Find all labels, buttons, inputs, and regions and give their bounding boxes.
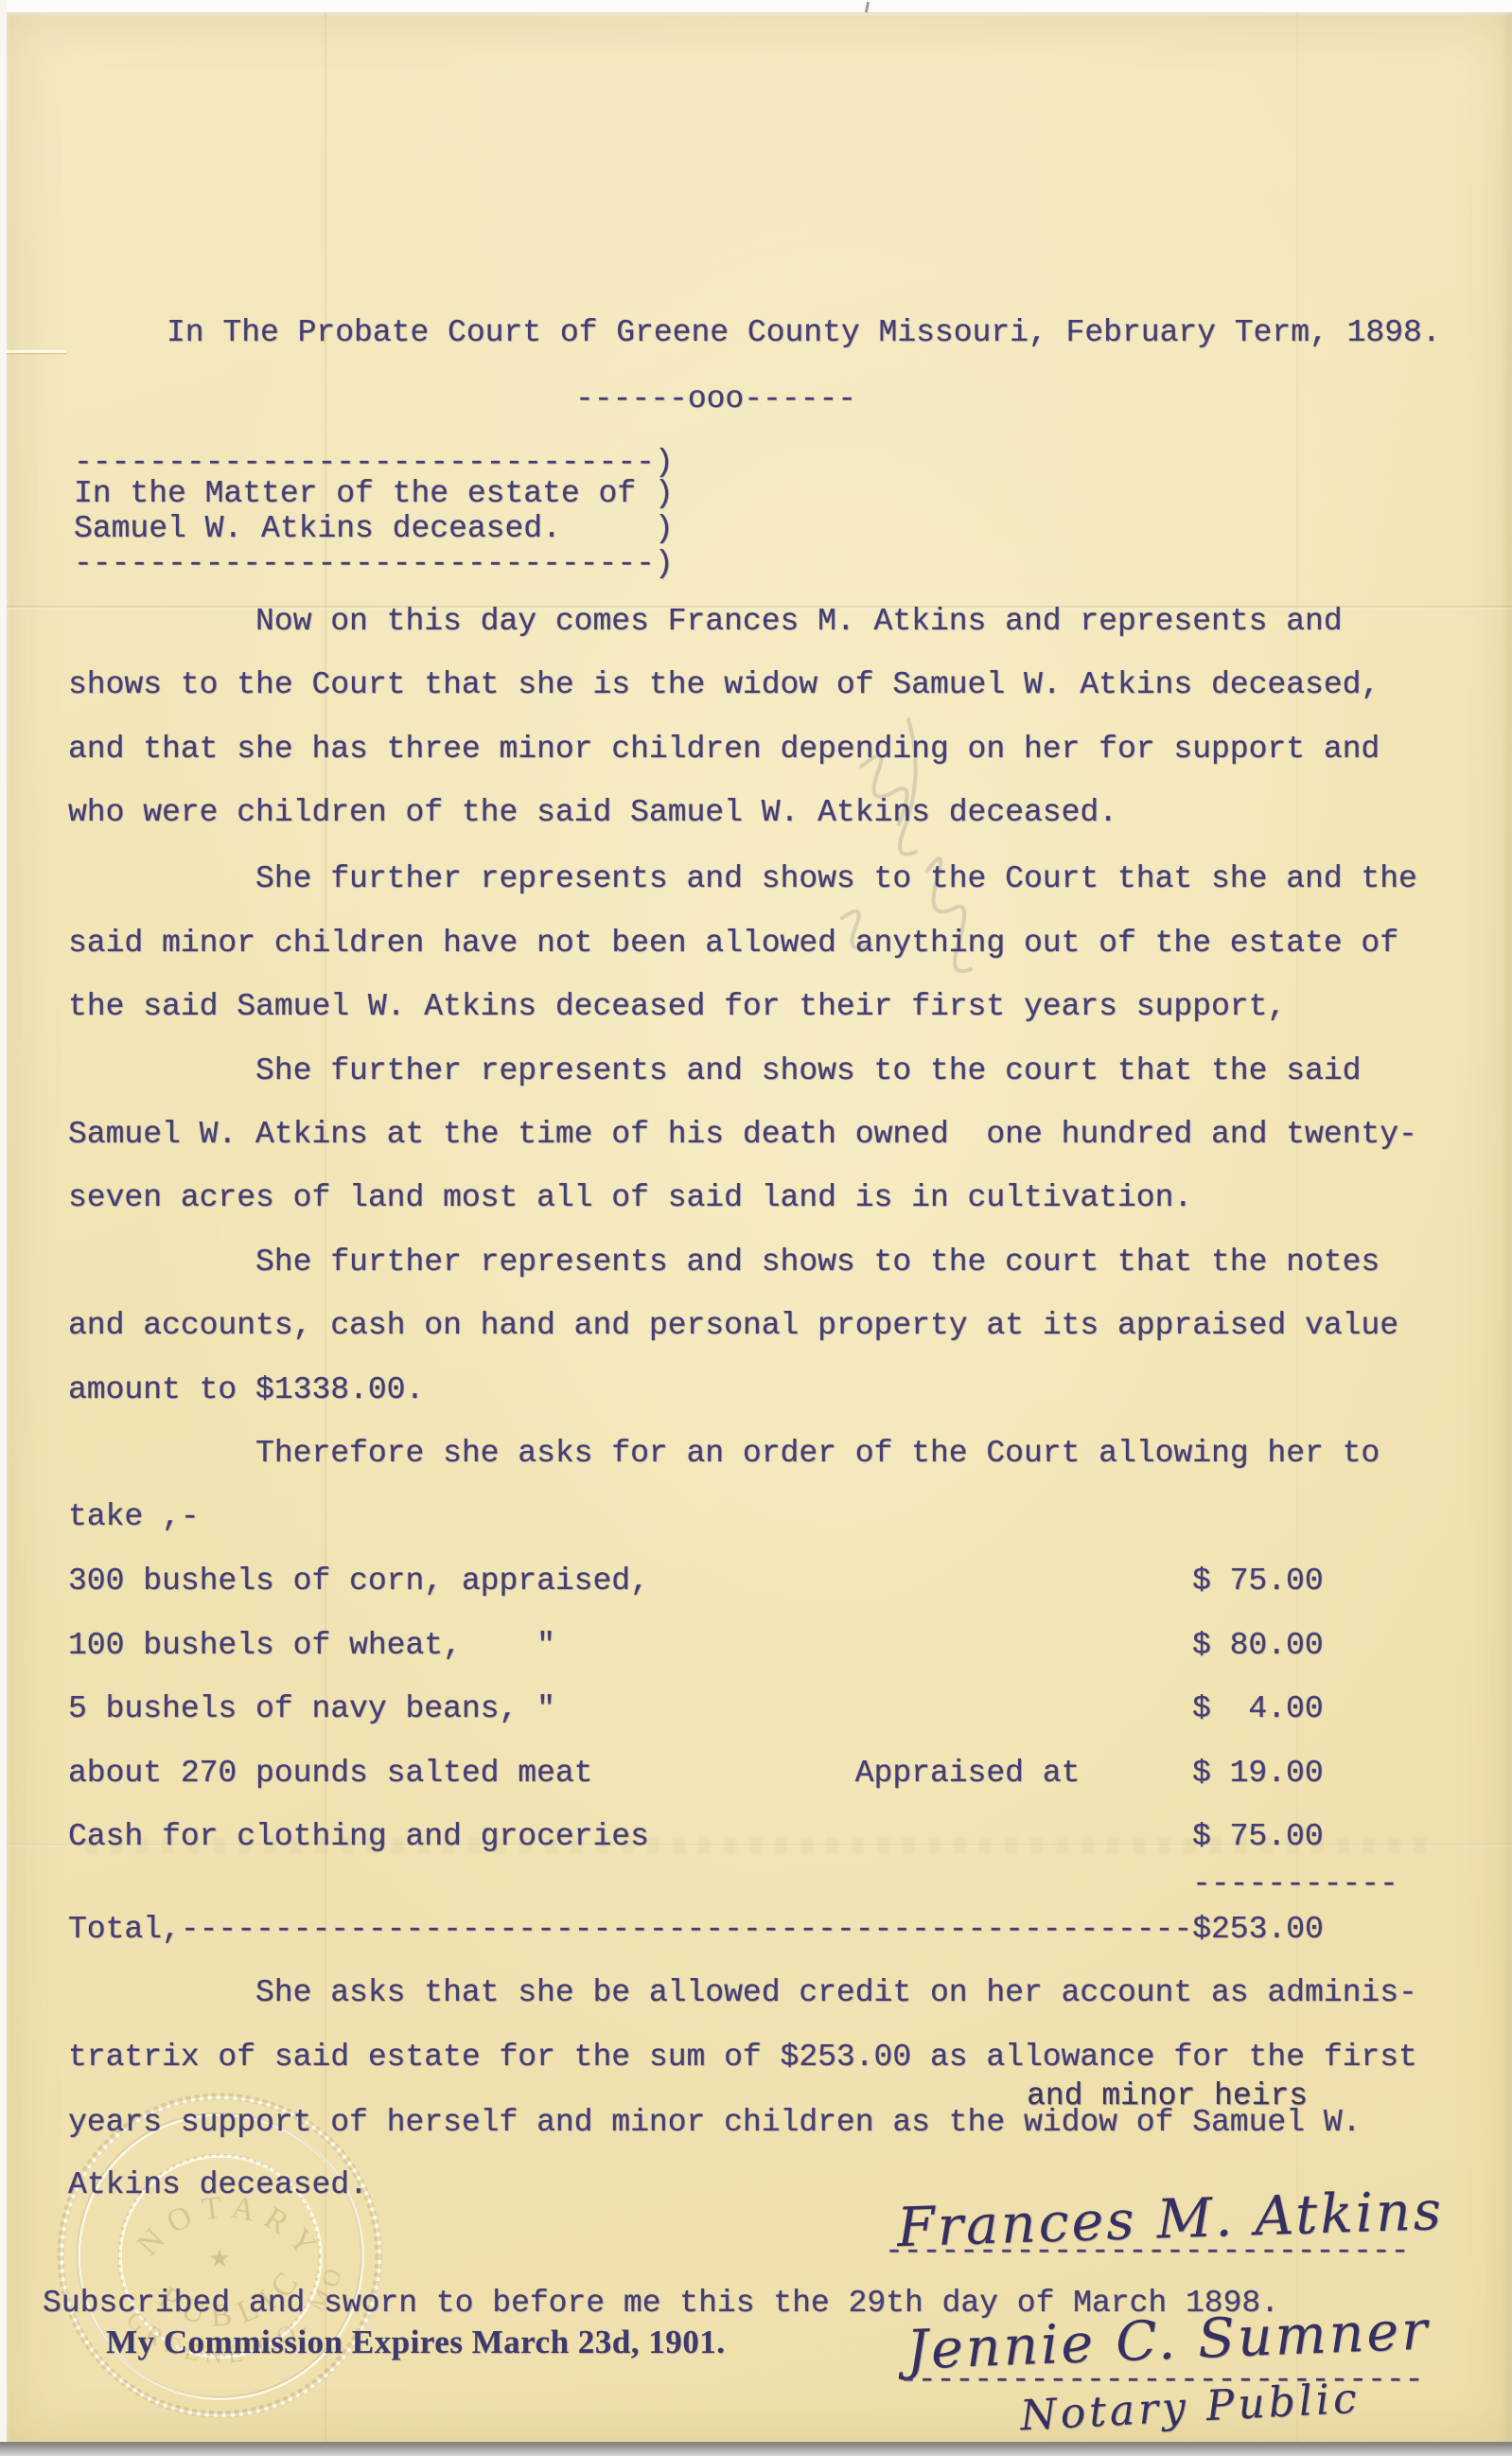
- item-desc: 100 bushels of wheat, ": [68, 1628, 555, 1664]
- edge-crease: [0, 350, 66, 353]
- item-amount: $ 19.00: [1192, 1756, 1324, 1792]
- body-line: take ,-: [68, 1499, 200, 1535]
- body-line: Samuel W. Atkins at the time of his deat…: [68, 1117, 1417, 1153]
- closing-line: tratrix of said estate for the sum of $2…: [68, 2040, 1417, 2076]
- paper-edge-shadow: [1503, 12, 1512, 2443]
- body-line: who were children of the said Samuel W. …: [68, 795, 1117, 831]
- body-line: and that she has three minor children de…: [68, 732, 1380, 768]
- body-line: She further represents and shows to the …: [68, 1053, 1361, 1089]
- item-amount: $ 75.00: [1192, 1819, 1324, 1855]
- body-line: said minor children have not been allowe…: [68, 926, 1398, 962]
- item-amount: $ 80.00: [1192, 1628, 1324, 1664]
- body-line: the said Samuel W. Atkins deceased for t…: [68, 989, 1286, 1025]
- scanner-edge-bottom: [0, 2442, 1512, 2456]
- caption-rule-bottom: -------------------------------): [74, 546, 674, 582]
- caption-line: Samuel W. Atkins deceased. ): [74, 511, 674, 547]
- court-header: In The Probate Court of Greene County Mi…: [167, 315, 1441, 351]
- body-line: shows to the Court that she is the widow…: [68, 667, 1380, 703]
- body-line: Therefore she asks for an order of the C…: [68, 1436, 1380, 1472]
- closing-line: Atkins deceased.: [68, 2167, 368, 2203]
- amounts-rule: -----------: [1192, 1866, 1398, 1902]
- body-line: Now on this day comes Frances M. Atkins …: [68, 604, 1343, 640]
- item-desc: 300 bushels of corn, appraised,: [68, 1564, 649, 1599]
- body-line: amount to $1338.00.: [68, 1372, 424, 1408]
- commission-expiry-stamp: My Commission Expires March 23d, 1901.: [106, 2323, 726, 2361]
- scanner-edge-left: [0, 0, 7, 2456]
- item-desc: 5 bushels of navy beans, ": [68, 1691, 555, 1727]
- item-amount: $ 75.00: [1192, 1564, 1324, 1599]
- item-desc: Cash for clothing and groceries: [68, 1819, 649, 1855]
- document-scan: NOTARY PUBLIC GREENE CO. MO. ★ In The Pr…: [0, 0, 1512, 2456]
- body-line: She further represents and shows to the …: [68, 1245, 1380, 1281]
- vertical-crease: [325, 12, 326, 2443]
- body-line: and accounts, cash on hand and personal …: [68, 1308, 1398, 1344]
- body-line: seven acres of land most all of said lan…: [68, 1180, 1192, 1216]
- closing-line: She asks that she be allowed credit on h…: [68, 1975, 1417, 2011]
- signature-underline: ----------------------------: [885, 2234, 1410, 2270]
- item-amount: $ 4.00: [1192, 1691, 1324, 1727]
- scanner-edge-top: [0, 0, 1512, 13]
- closing-line: years support of herself and minor child…: [68, 2105, 1361, 2141]
- body-line: She further represents and shows to the …: [68, 861, 1417, 897]
- item-desc: about 270 pounds salted meat Appraised a…: [68, 1756, 1080, 1792]
- separator-ooo: ------ooo------: [575, 381, 856, 417]
- total-line: Total,----------------------------------…: [68, 1912, 1324, 1948]
- seal-star-icon: ★: [208, 2244, 230, 2272]
- caption-line: In the Matter of the estate of ): [74, 476, 674, 512]
